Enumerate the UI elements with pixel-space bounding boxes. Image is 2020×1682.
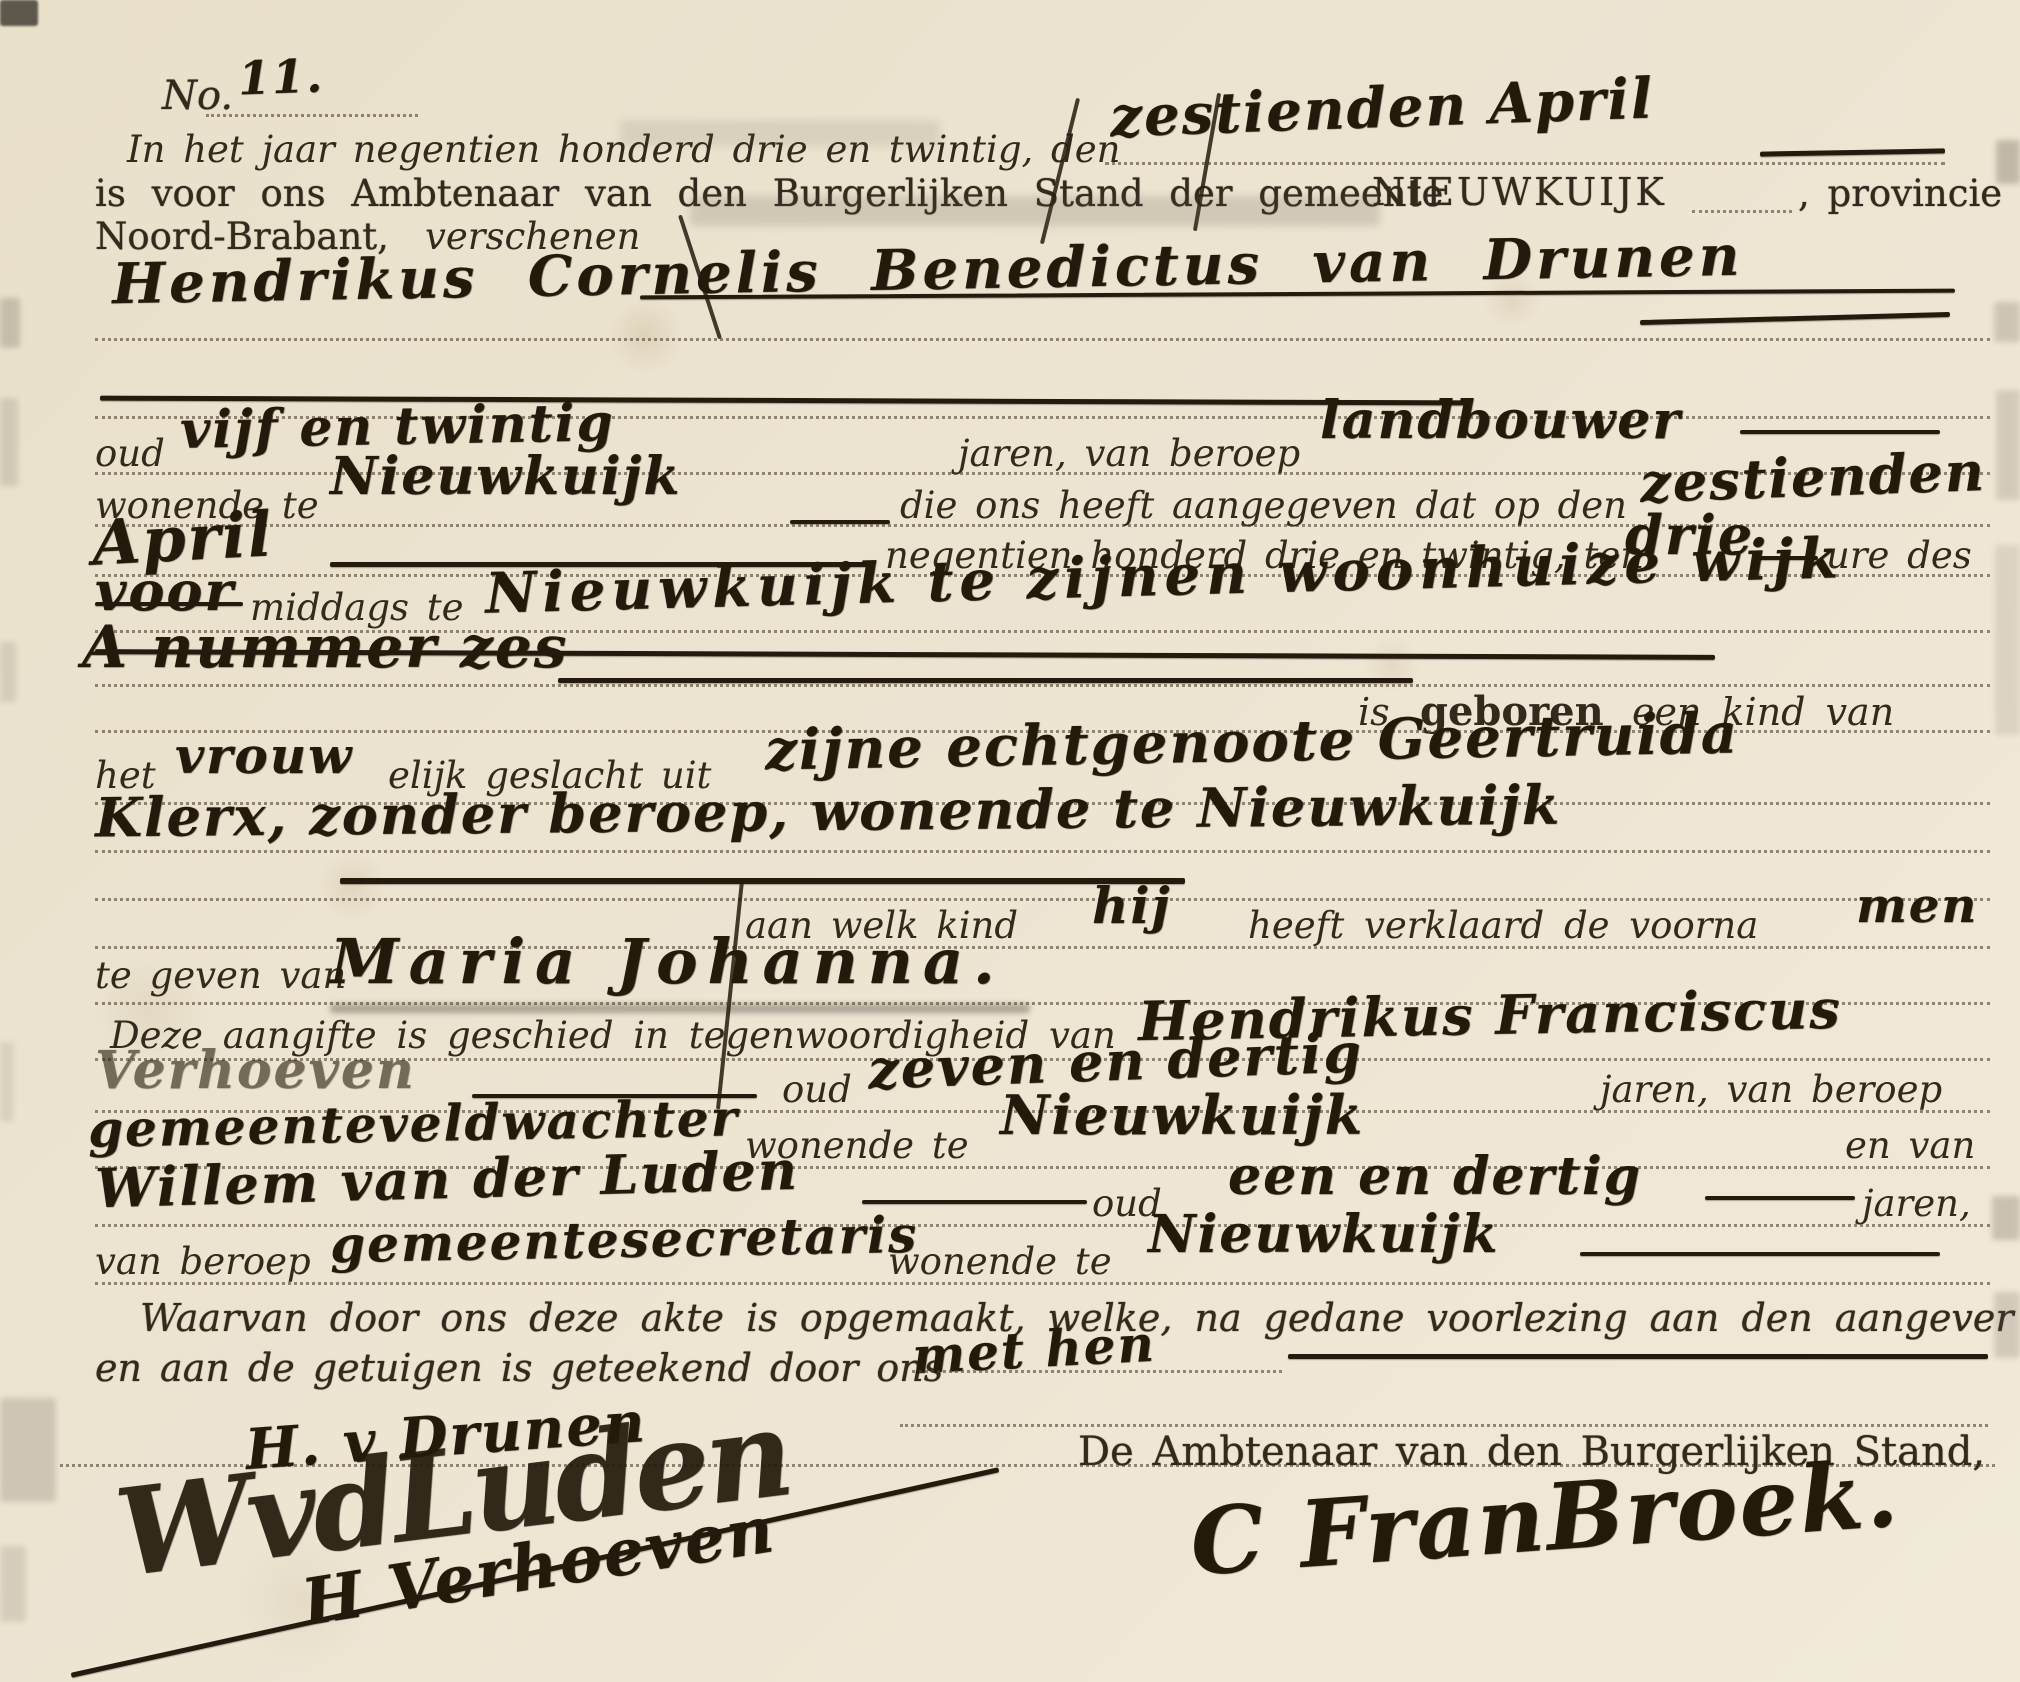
line17-printed-envan: en van [1845,1126,1975,1167]
act-number-value: 11. [237,51,325,105]
line2-printed-provincie: , provincie [1798,174,2002,215]
ink-stroke [1760,148,1945,156]
line13-hij-handwritten: hij [1092,878,1171,933]
scan-artifact [1995,545,2020,735]
line7-printed-ure: ure des [1826,536,1972,577]
declarant-residence-handwritten: Nieuwkuijk [330,448,681,505]
line1-handwritten-date: zestienden April [1109,69,1655,150]
scan-artifact [0,398,18,486]
line19-printed-beroep: van beroep [95,1242,311,1283]
ink-stroke [1705,1196,1855,1200]
witness2-occupation-handwritten: gemeentesecretaris [330,1207,919,1272]
scan-artifact [1992,1196,2020,1240]
dotted-ruling [95,684,1990,687]
line16-printed-beroep: jaren, van beroep [1600,1070,1942,1111]
closing-printed-line2: en aan de getuigen is geteekend door ons [95,1348,943,1390]
ink-stroke [558,678,1413,683]
line6-printed-aangegeven: die ons heeft aangegeven dat op den [900,486,1627,527]
witness2-name-handwritten: Willem van der Luden [94,1141,799,1219]
scan-artifact [0,1398,56,1502]
mother-name-handwritten: zijne echtgenoote Geertruida [765,704,1740,783]
scan-artifact [1996,390,2020,500]
underline-smear [330,1004,1030,1013]
witness1-residence-handwritten: Nieuwkuijk [1000,1086,1364,1145]
scan-artifact [0,1546,26,1622]
scan-artifact [1994,302,2020,342]
scan-smear [690,196,1380,226]
line5-printed-beroep: jaren, van beroep [958,434,1300,475]
act-number-label: No. [162,74,233,118]
birth-act-scan: No. 11. In het jaar negentien honderd dr… [0,0,2020,1682]
witness2-age-handwritten: een en dertig [1228,1148,1642,1205]
ink-stroke [1640,312,1950,325]
line2-gemeente-name: NIEUWKUIJK [1372,172,1667,214]
ink-stroke [1288,1354,1988,1359]
mother-surname-handwritten: Klerx, zonder beroep, wonende te Nieuwku… [95,776,1562,848]
line18-printed-jaren: jaren, [1862,1184,1971,1225]
birth-place-handwritten: Nieuwkuijk te zijnen woonhuize wijk [484,528,1844,625]
line13-printed-voorna: heeft verklaard de voorna [1248,906,1758,947]
child-sex-handwritten: vrouw [175,728,353,783]
dotted-ruling [1692,210,1792,213]
dotted-ruling [900,1424,1988,1427]
dotted-ruling [1105,162,1945,165]
dotted-ruling [912,1370,1282,1373]
ink-stroke [340,878,1185,884]
line16-printed-oud: oud [782,1070,852,1111]
scan-artifact [0,298,20,348]
ink-stroke [95,602,243,606]
declarant-occupation-handwritten: landbouwer [1320,392,1682,449]
ink-stroke [1740,430,1940,434]
line19-printed-wonende: wonende te [888,1242,1112,1283]
witness2-residence-handwritten: Nieuwkuijk [1148,1206,1499,1263]
child-given-names-handwritten: Maria Johanna. [330,928,1005,996]
scan-artifact [1996,140,2020,184]
line13-men-handwritten: men [1856,880,1978,933]
scan-artifact [0,1042,14,1122]
line14-printed-tegeven: te geven van [95,956,346,997]
dotted-ruling [95,850,1990,853]
scan-artifact [0,0,38,26]
line5-printed-oud: oud [95,434,165,475]
ink-stroke [1580,1252,1940,1256]
dotted-ruling [206,114,418,117]
dotted-ruling [95,338,1990,341]
witness1-surname-handwritten: Verhoeven [95,1042,416,1099]
scan-artifact [1994,1292,2020,1358]
dotted-ruling [95,898,1990,901]
ink-stroke [862,1200,1087,1204]
house-number-handwritten: A nummer zes [82,616,568,680]
scan-artifact [0,642,16,702]
dotted-ruling [95,1282,1990,1285]
scan-smear [620,120,940,146]
closing-methen-handwritten: met hen [911,1316,1157,1384]
